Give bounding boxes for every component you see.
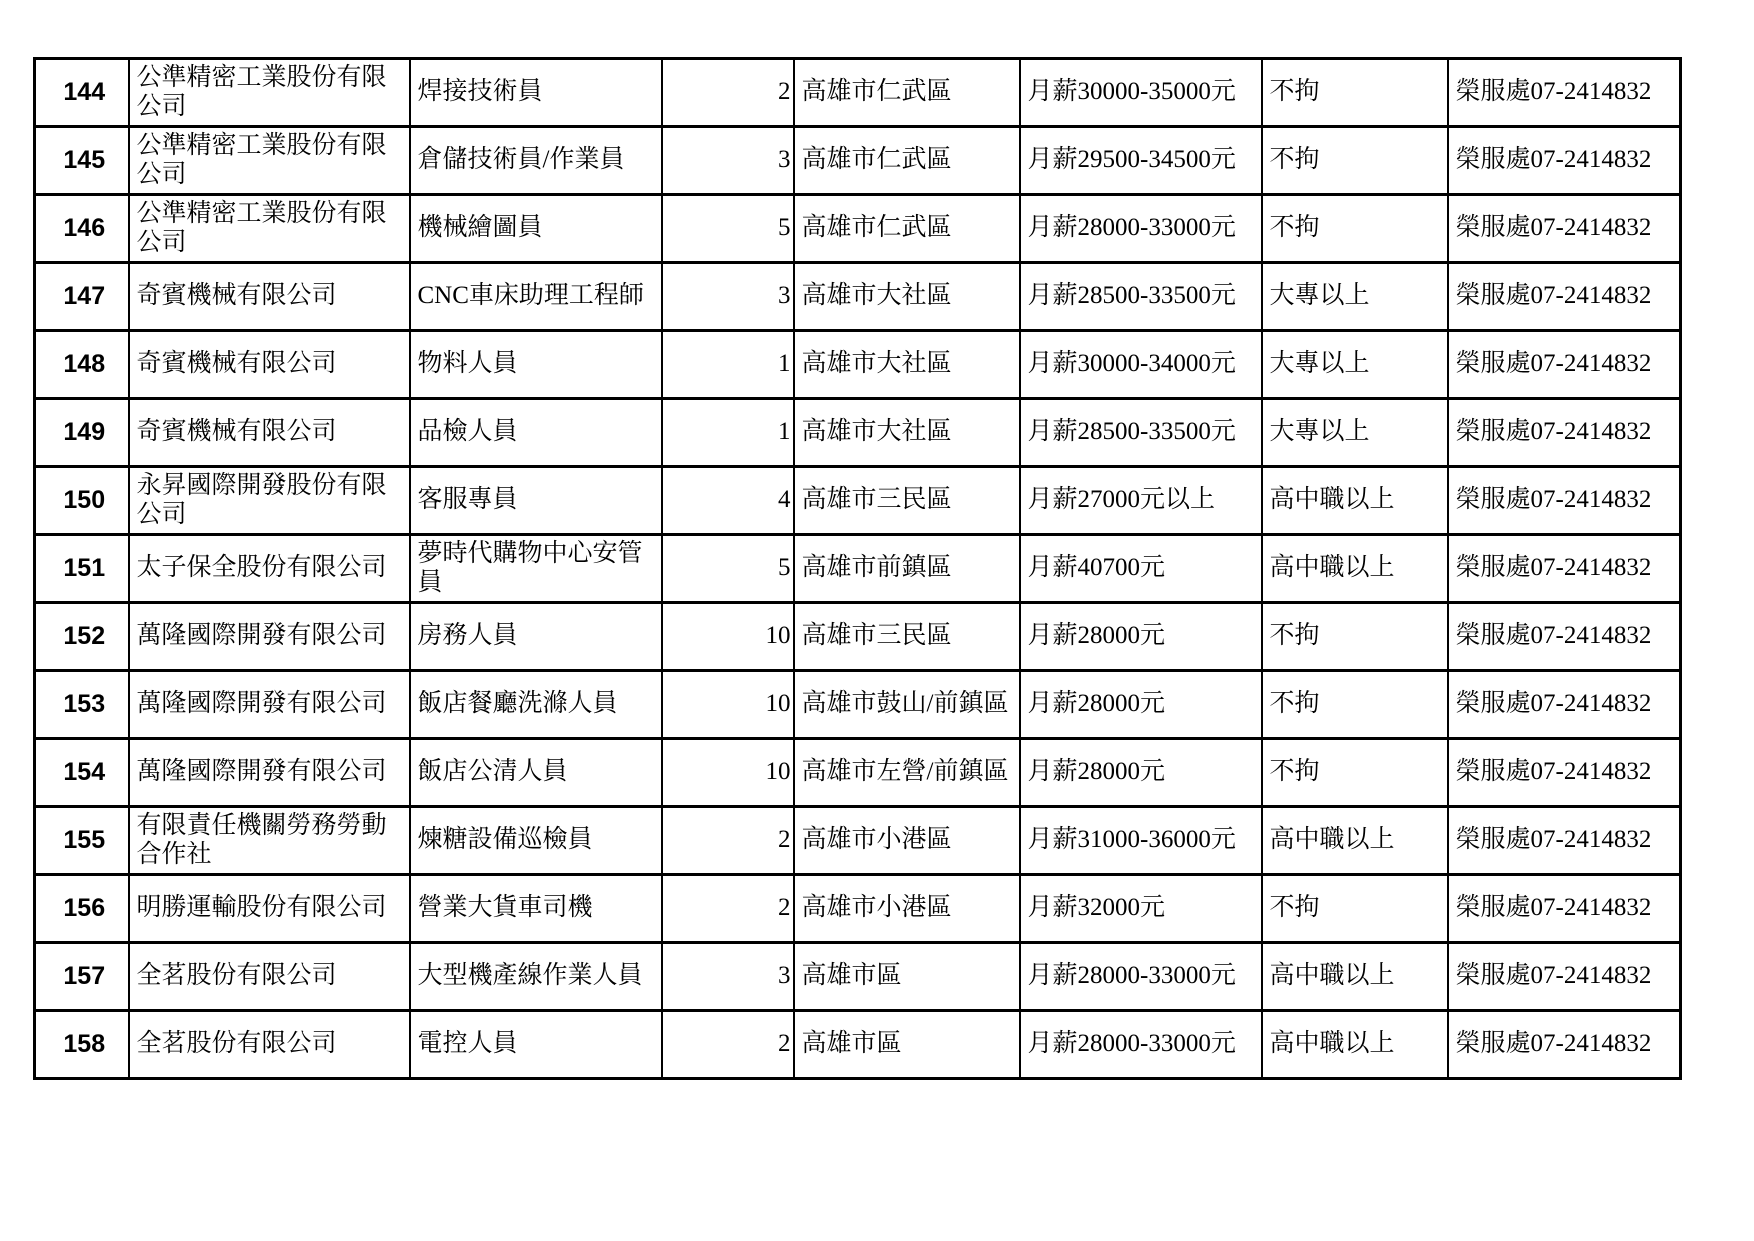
job-title-cell: 物料人員 [410,331,662,399]
openings-count-cell: 1 [662,331,794,399]
salary-cell: 月薪28000-33000元 [1020,943,1262,1011]
company-cell: 奇賓機械有限公司 [129,399,410,467]
job-title-cell: CNC車床助理工程師 [410,263,662,331]
openings-count-cell: 5 [662,535,794,603]
salary-cell: 月薪28000元 [1020,739,1262,807]
row-number-cell: 148 [35,331,129,399]
job-listing-table: 144 公準精密工業股份有限公司 焊接技術員 2 高雄市仁武區 月薪30000-… [33,57,1682,1080]
salary-cell: 月薪30000-34000元 [1020,331,1262,399]
table-row: 151 太子保全股份有限公司 夢時代購物中心安管員 5 高雄市前鎮區 月薪407… [35,535,1681,603]
location-cell: 高雄市區 [794,943,1020,1011]
job-title-cell: 機械繪圖員 [410,195,662,263]
row-number-cell: 156 [35,875,129,943]
salary-cell: 月薪29500-34500元 [1020,127,1262,195]
openings-count-cell: 5 [662,195,794,263]
job-title-cell: 電控人員 [410,1011,662,1079]
location-cell: 高雄市仁武區 [794,195,1020,263]
openings-count-cell: 3 [662,943,794,1011]
education-cell: 不拘 [1262,127,1448,195]
education-cell: 大專以上 [1262,399,1448,467]
row-number-cell: 145 [35,127,129,195]
salary-cell: 月薪32000元 [1020,875,1262,943]
salary-cell: 月薪28000元 [1020,671,1262,739]
job-title-cell: 飯店公清人員 [410,739,662,807]
contact-cell: 榮服處07-2414832 [1448,943,1681,1011]
location-cell: 高雄市仁武區 [794,59,1020,127]
row-number-cell: 152 [35,603,129,671]
contact-cell: 榮服處07-2414832 [1448,467,1681,535]
contact-cell: 榮服處07-2414832 [1448,195,1681,263]
salary-cell: 月薪28000-33000元 [1020,195,1262,263]
salary-cell: 月薪28000-33000元 [1020,1011,1262,1079]
contact-cell: 榮服處07-2414832 [1448,399,1681,467]
row-number-cell: 155 [35,807,129,875]
contact-cell: 榮服處07-2414832 [1448,807,1681,875]
job-title-cell: 營業大貨車司機 [410,875,662,943]
contact-cell: 榮服處07-2414832 [1448,127,1681,195]
row-number-cell: 147 [35,263,129,331]
education-cell: 不拘 [1262,603,1448,671]
education-cell: 高中職以上 [1262,535,1448,603]
openings-count-cell: 10 [662,739,794,807]
openings-count-cell: 1 [662,399,794,467]
openings-count-cell: 4 [662,467,794,535]
table-row: 156 明勝運輸股份有限公司 營業大貨車司機 2 高雄市小港區 月薪32000元… [35,875,1681,943]
table-row: 149 奇賓機械有限公司 品檢人員 1 高雄市大社區 月薪28500-33500… [35,399,1681,467]
job-table-body: 144 公準精密工業股份有限公司 焊接技術員 2 高雄市仁武區 月薪30000-… [35,59,1681,1079]
contact-cell: 榮服處07-2414832 [1448,603,1681,671]
contact-cell: 榮服處07-2414832 [1448,263,1681,331]
openings-count-cell: 2 [662,59,794,127]
openings-count-cell: 10 [662,603,794,671]
table-row: 146 公準精密工業股份有限公司 機械繪圖員 5 高雄市仁武區 月薪28000-… [35,195,1681,263]
contact-cell: 榮服處07-2414832 [1448,739,1681,807]
contact-cell: 榮服處07-2414832 [1448,59,1681,127]
location-cell: 高雄市大社區 [794,399,1020,467]
education-cell: 不拘 [1262,739,1448,807]
company-cell: 明勝運輸股份有限公司 [129,875,410,943]
education-cell: 不拘 [1262,195,1448,263]
company-cell: 永昇國際開發股份有限公司 [129,467,410,535]
job-title-cell: 煉糖設備巡檢員 [410,807,662,875]
company-cell: 奇賓機械有限公司 [129,263,410,331]
contact-cell: 榮服處07-2414832 [1448,875,1681,943]
company-cell: 公準精密工業股份有限公司 [129,59,410,127]
location-cell: 高雄市小港區 [794,875,1020,943]
table-row: 157 全茗股份有限公司 大型機產線作業人員 3 高雄市區 月薪28000-33… [35,943,1681,1011]
company-cell: 萬隆國際開發有限公司 [129,671,410,739]
company-cell: 全茗股份有限公司 [129,943,410,1011]
row-number-cell: 150 [35,467,129,535]
openings-count-cell: 2 [662,875,794,943]
job-title-cell: 房務人員 [410,603,662,671]
openings-count-cell: 2 [662,1011,794,1079]
salary-cell: 月薪30000-35000元 [1020,59,1262,127]
education-cell: 高中職以上 [1262,1011,1448,1079]
table-row: 154 萬隆國際開發有限公司 飯店公清人員 10 高雄市左營/前鎮區 月薪280… [35,739,1681,807]
row-number-cell: 157 [35,943,129,1011]
contact-cell: 榮服處07-2414832 [1448,535,1681,603]
salary-cell: 月薪28500-33500元 [1020,399,1262,467]
education-cell: 大專以上 [1262,331,1448,399]
location-cell: 高雄市區 [794,1011,1020,1079]
table-row: 155 有限責任機關勞務勞動合作社 煉糖設備巡檢員 2 高雄市小港區 月薪310… [35,807,1681,875]
row-number-cell: 154 [35,739,129,807]
row-number-cell: 151 [35,535,129,603]
salary-cell: 月薪28000元 [1020,603,1262,671]
row-number-cell: 144 [35,59,129,127]
location-cell: 高雄市三民區 [794,603,1020,671]
education-cell: 大專以上 [1262,263,1448,331]
company-cell: 公準精密工業股份有限公司 [129,195,410,263]
company-cell: 萬隆國際開發有限公司 [129,603,410,671]
job-title-cell: 品檢人員 [410,399,662,467]
row-number-cell: 149 [35,399,129,467]
job-title-cell: 焊接技術員 [410,59,662,127]
table-row: 158 全茗股份有限公司 電控人員 2 高雄市區 月薪28000-33000元 … [35,1011,1681,1079]
location-cell: 高雄市仁武區 [794,127,1020,195]
table-row: 148 奇賓機械有限公司 物料人員 1 高雄市大社區 月薪30000-34000… [35,331,1681,399]
contact-cell: 榮服處07-2414832 [1448,671,1681,739]
education-cell: 不拘 [1262,59,1448,127]
company-cell: 太子保全股份有限公司 [129,535,410,603]
location-cell: 高雄市小港區 [794,807,1020,875]
job-title-cell: 大型機產線作業人員 [410,943,662,1011]
company-cell: 奇賓機械有限公司 [129,331,410,399]
table-row: 152 萬隆國際開發有限公司 房務人員 10 高雄市三民區 月薪28000元 不… [35,603,1681,671]
job-title-cell: 夢時代購物中心安管員 [410,535,662,603]
company-cell: 有限責任機關勞務勞動合作社 [129,807,410,875]
location-cell: 高雄市大社區 [794,331,1020,399]
salary-cell: 月薪31000-36000元 [1020,807,1262,875]
location-cell: 高雄市鼓山/前鎮區 [794,671,1020,739]
education-cell: 不拘 [1262,671,1448,739]
table-row: 153 萬隆國際開發有限公司 飯店餐廳洗滌人員 10 高雄市鼓山/前鎮區 月薪2… [35,671,1681,739]
openings-count-cell: 3 [662,263,794,331]
education-cell: 高中職以上 [1262,943,1448,1011]
education-cell: 高中職以上 [1262,467,1448,535]
openings-count-cell: 2 [662,807,794,875]
company-cell: 公準精密工業股份有限公司 [129,127,410,195]
location-cell: 高雄市三民區 [794,467,1020,535]
salary-cell: 月薪27000元以上 [1020,467,1262,535]
education-cell: 高中職以上 [1262,807,1448,875]
company-cell: 全茗股份有限公司 [129,1011,410,1079]
row-number-cell: 153 [35,671,129,739]
openings-count-cell: 10 [662,671,794,739]
company-cell: 萬隆國際開發有限公司 [129,739,410,807]
salary-cell: 月薪28500-33500元 [1020,263,1262,331]
openings-count-cell: 3 [662,127,794,195]
salary-cell: 月薪40700元 [1020,535,1262,603]
education-cell: 不拘 [1262,875,1448,943]
location-cell: 高雄市大社區 [794,263,1020,331]
contact-cell: 榮服處07-2414832 [1448,331,1681,399]
location-cell: 高雄市左營/前鎮區 [794,739,1020,807]
job-title-cell: 客服專員 [410,467,662,535]
job-title-cell: 飯店餐廳洗滌人員 [410,671,662,739]
contact-cell: 榮服處07-2414832 [1448,1011,1681,1079]
row-number-cell: 158 [35,1011,129,1079]
row-number-cell: 146 [35,195,129,263]
table-row: 144 公準精密工業股份有限公司 焊接技術員 2 高雄市仁武區 月薪30000-… [35,59,1681,127]
table-row: 145 公準精密工業股份有限公司 倉儲技術員/作業員 3 高雄市仁武區 月薪29… [35,127,1681,195]
table-row: 150 永昇國際開發股份有限公司 客服專員 4 高雄市三民區 月薪27000元以… [35,467,1681,535]
location-cell: 高雄市前鎮區 [794,535,1020,603]
table-row: 147 奇賓機械有限公司 CNC車床助理工程師 3 高雄市大社區 月薪28500… [35,263,1681,331]
job-title-cell: 倉儲技術員/作業員 [410,127,662,195]
